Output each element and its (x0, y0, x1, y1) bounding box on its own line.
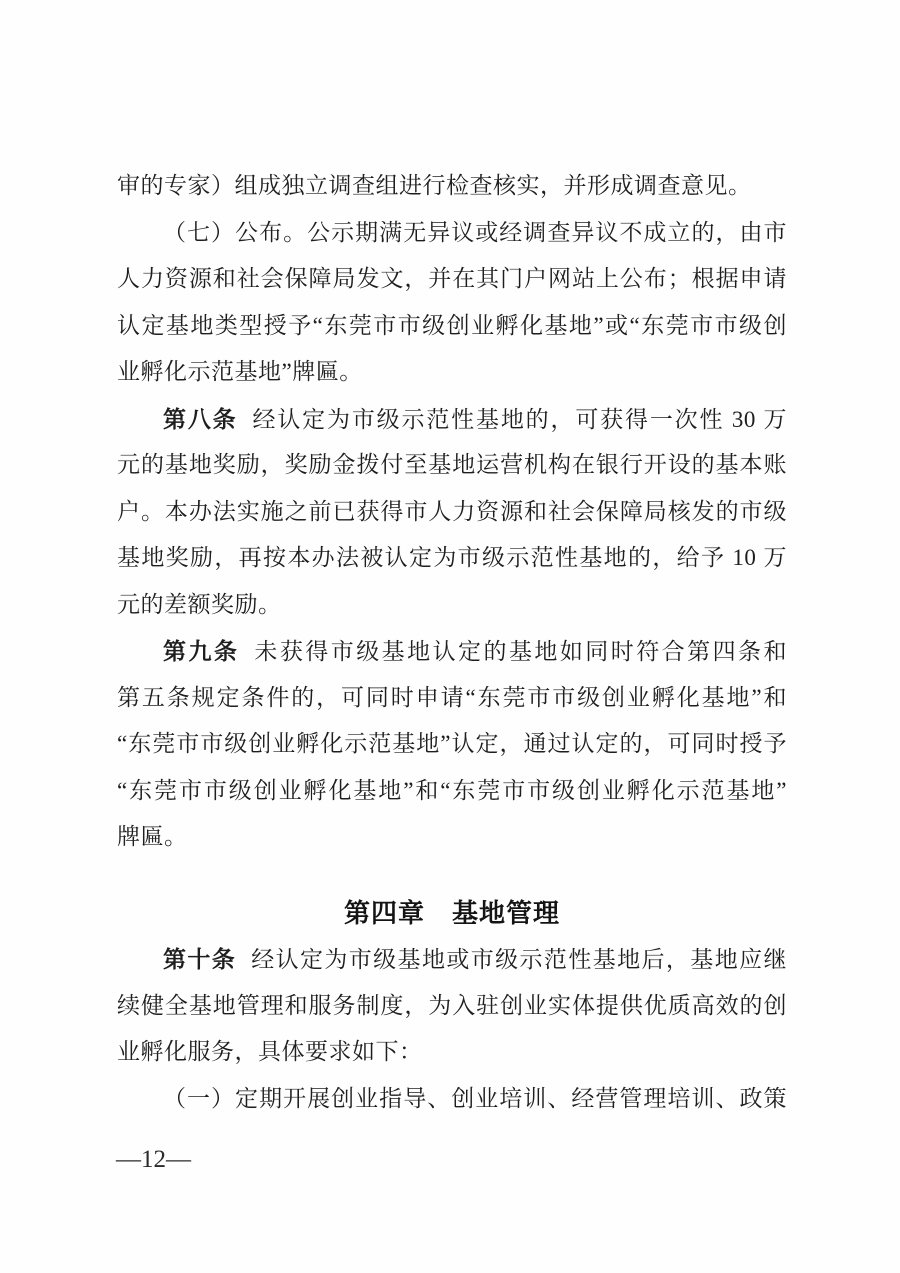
text-line: 业孵化示范基地”牌匾。 (117, 349, 787, 396)
text-line-content: 未获得市级基地认定的基地如同时符合第四条和 (254, 639, 787, 664)
text-line-content: 第五条规定条件的，可同时申请“东莞市市级创业孵化基地”和 (117, 685, 787, 710)
text-line: 元的基地奖励，奖励金拨付至基地运营机构在银行开设的基本账 (117, 442, 787, 489)
text-line: 人力资源和社会保障局发文，并在其门户网站上公布；根据申请 (117, 256, 787, 303)
text-line-content: 基地奖励，再按本办法被认定为市级示范性基地的，给予 10 万 (117, 545, 787, 570)
text-line: 业孵化服务，具体要求如下： (117, 1029, 787, 1076)
chapter-heading: 第四章 基地管理 (117, 890, 787, 937)
text-line-content: 认定基地类型授予“东莞市市级创业孵化基地”或“东莞市市级创 (117, 313, 787, 338)
page-number: —12— (116, 1146, 191, 1174)
text-line-content: 业孵化服务，具体要求如下： (117, 1039, 423, 1064)
text-line: （七）公布。公示期满无异议或经调查异议不成立的，由市 (117, 210, 787, 257)
text-line: 认定基地类型授予“东莞市市级创业孵化基地”或“东莞市市级创 (117, 303, 787, 350)
text-line: 牌匾。 (117, 814, 787, 861)
text-line-content: 元的差额奖励。 (117, 592, 282, 617)
text-line: （一）定期开展创业指导、创业培训、经营管理培训、政策 (117, 1076, 787, 1123)
text-line-content: 牌匾。 (117, 824, 188, 849)
document-page: 审的专家）组成独立调查组进行检查核实，并形成调查意见。 （七）公布。公示期满无异… (0, 0, 900, 1273)
text-line-content: （一）定期开展创业指导、创业培训、经营管理培训、政策 (163, 1086, 787, 1111)
text-line-article-9: 第九条未获得市级基地认定的基地如同时符合第四条和 (117, 628, 787, 675)
text-line-content: 续健全基地管理和服务制度，为入驻创业实体提供优质高效的创 (117, 993, 787, 1018)
text-line: 审的专家）组成独立调查组进行检查核实，并形成调查意见。 (117, 163, 787, 210)
text-line-content: “东莞市市级创业孵化示范基地”认定，通过认定的，可同时授予 (117, 731, 787, 756)
text-line-content: 业孵化示范基地”牌匾。 (117, 359, 363, 384)
article-number-label: 第九条 (163, 638, 239, 664)
text-line-article-8: 第八条经认定为市级示范性基地的，可获得一次性 30 万 (117, 396, 787, 443)
document-body: 审的专家）组成独立调查组进行检查核实，并形成调查意见。 （七）公布。公示期满无异… (117, 163, 787, 1122)
text-line-content: 人力资源和社会保障局发文，并在其门户网站上公布；根据申请 (117, 266, 787, 291)
text-line-content: （七）公布。公示期满无异议或经调查异议不成立的，由市 (163, 220, 787, 245)
text-line-content: 户。本办法实施之前已获得市人力资源和社会保障局核发的市级 (117, 499, 787, 524)
text-line: “东莞市市级创业孵化基地”和“东莞市市级创业孵化示范基地” (117, 768, 787, 815)
text-line: 户。本办法实施之前已获得市人力资源和社会保障局核发的市级 (117, 489, 787, 536)
text-line-article-10: 第十条经认定为市级基地或市级示范性基地后，基地应继 (117, 936, 787, 983)
text-line-content: 审的专家）组成独立调查组进行检查核实，并形成调查意见。 (117, 173, 752, 198)
text-line: 元的差额奖励。 (117, 582, 787, 629)
text-line: 续健全基地管理和服务制度，为入驻创业实体提供优质高效的创 (117, 983, 787, 1030)
article-number-label: 第十条 (163, 946, 236, 972)
text-line: 基地奖励，再按本办法被认定为市级示范性基地的，给予 10 万 (117, 535, 787, 582)
text-line-content: “东莞市市级创业孵化基地”和“东莞市市级创业孵化示范基地” (117, 778, 787, 803)
text-line-content: 经认定为市级基地或市级示范性基地后，基地应继 (251, 947, 787, 972)
text-line: “东莞市市级创业孵化示范基地”认定，通过认定的，可同时授予 (117, 721, 787, 768)
article-number-label: 第八条 (163, 406, 238, 432)
text-line: 第五条规定条件的，可同时申请“东莞市市级创业孵化基地”和 (117, 675, 787, 722)
text-line-content: 经认定为市级示范性基地的，可获得一次性 30 万 (253, 407, 788, 432)
text-line-content: 元的基地奖励，奖励金拨付至基地运营机构在银行开设的基本账 (117, 452, 787, 477)
